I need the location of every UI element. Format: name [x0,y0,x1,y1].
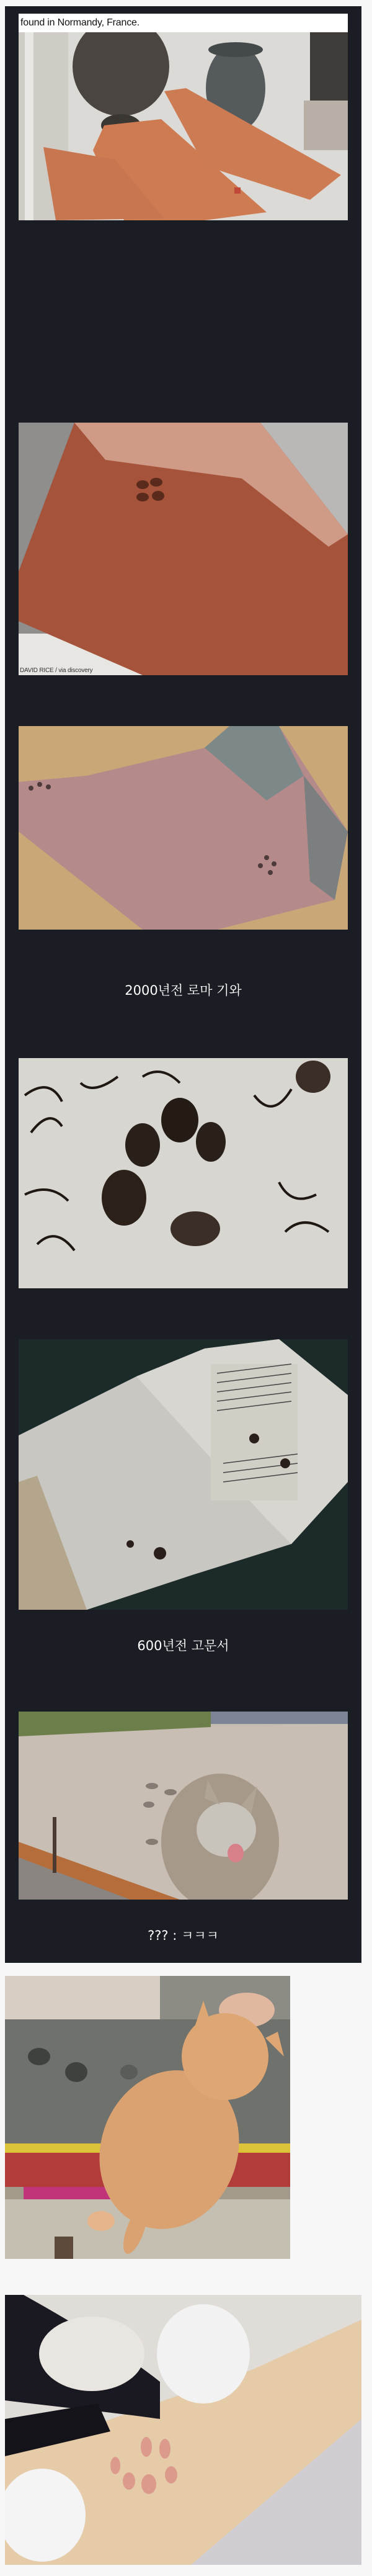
tile-closeup-image: DAVID RICE / via discovery [19,423,348,675]
photo-credit: DAVID RICE / via discovery [20,667,92,674]
caption-cat-laugh: ??? : ㅋㅋㅋ [5,1926,361,1944]
caption-manuscript: 600년전 고문서 [5,1636,361,1654]
caption-roman-tile: 2000년전 로마 기와 [5,981,361,999]
image-caption-bar: found in Normandy, France. [19,14,348,32]
roman-tile-image [19,726,348,930]
laughing-cat-image [19,1712,348,1900]
manuscript-pawprint-image [19,1058,348,1288]
museum-tiles-image [19,32,348,220]
old-book-image [19,1339,348,1610]
orange-cat-image [5,1976,290,2259]
arm-pawprint-image [5,2295,361,2565]
